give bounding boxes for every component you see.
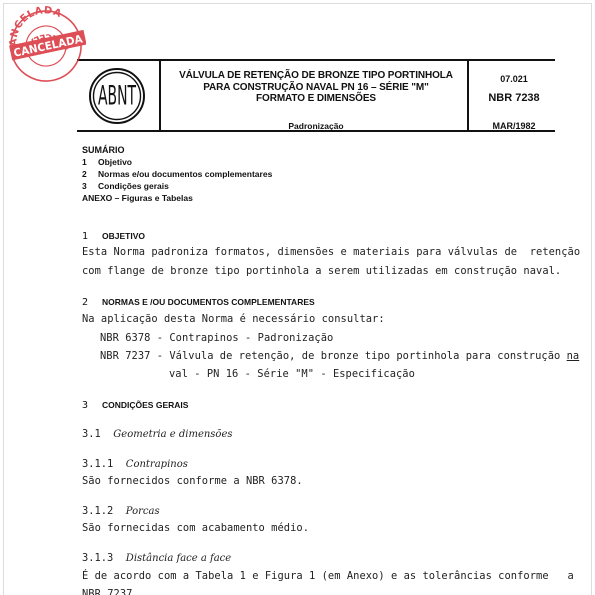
- title-line-2: PARA CONSTRUÇÃO NAVAL PN 16 – SÉRIE "M": [162, 82, 470, 94]
- title-line-1: VÁLVULA DE RETENÇÃO DE BRONZE TIPO PORTI…: [162, 70, 470, 82]
- toc-title: SUMÁRIO: [82, 144, 272, 156]
- toc-item[interactable]: 3Condições gerais: [82, 180, 272, 192]
- reference-nbr-6378: NBR 6378 - Contrapinos - Padronização: [100, 332, 333, 344]
- section-3-1-1-heading: 3.1.1 Contrapinos: [82, 458, 188, 470]
- section-3-1-3-text-line-2: NBR 7237.: [82, 588, 139, 595]
- toc-annex[interactable]: ANEXO – Figuras e Tabelas: [82, 192, 272, 204]
- section-3-1-1-text: São fornecidos conforme a NBR 6378.: [82, 475, 303, 487]
- section-1-heading: 1OBJETIVO: [82, 231, 145, 242]
- toc-item[interactable]: 1Objetivo: [82, 156, 272, 168]
- svg-text:ABNT: ABNT: [98, 80, 137, 111]
- header-divider-left: [159, 59, 161, 132]
- document-type: Padronização: [162, 121, 470, 131]
- section-2-intro: Na aplicação desta Norma é necessário co…: [82, 313, 385, 325]
- toc-item[interactable]: 2Normas e/ou documentos complementares: [82, 168, 272, 180]
- section-2-heading: 2NORMAS E /OU DOCUMENTOS COMPLEMENTARES: [82, 297, 315, 308]
- title-line-3: FORMATO E DIMENSÕES: [162, 93, 470, 105]
- cancelled-stamp-icon: CANCELADA CANCELADA CANCELADA: [6, 6, 86, 86]
- section-3-1-2-text: São fornecidas com acabamento médio.: [82, 522, 309, 534]
- reference-nbr-7237-line-1: NBR 7237 - Válvula de retenção, de bronz…: [100, 350, 579, 362]
- table-of-contents: SUMÁRIO 1Objetivo 2Normas e/ou documento…: [82, 144, 272, 204]
- classification-code: 07.021: [472, 74, 556, 84]
- section-3-1-3-text-line-1: É de acordo com a Tabela 1 e Figura 1 (e…: [82, 570, 574, 582]
- section-3-heading: 3CONDIÇÕES GERAIS: [82, 400, 188, 411]
- abnt-logo-icon: ABNT: [88, 67, 146, 125]
- header-top-rule: [77, 59, 555, 61]
- norm-number: NBR 7238: [472, 92, 556, 104]
- section-3-1-2-heading: 3.1.2 Porcas: [82, 505, 160, 517]
- reference-nbr-7237-line-2: val - PN 16 - Série "M" - Especificação: [169, 368, 415, 380]
- section-1-text-line-1: Esta Norma padroniza formatos, dimensões…: [82, 246, 580, 258]
- publication-date: MAR/1982: [472, 121, 556, 131]
- section-3-1-3-heading: 3.1.3 Distância face a face: [82, 552, 231, 564]
- section-1-text-line-2: com flange de bronze tipo portinhola a s…: [82, 265, 561, 277]
- document-title: VÁLVULA DE RETENÇÃO DE BRONZE TIPO PORTI…: [162, 70, 470, 105]
- document-page: ABNT VÁLVULA DE RETENÇÃO DE BRONZE TIPO …: [3, 3, 592, 595]
- section-3-1-heading: 3.1 Geometria e dimensões: [82, 428, 233, 440]
